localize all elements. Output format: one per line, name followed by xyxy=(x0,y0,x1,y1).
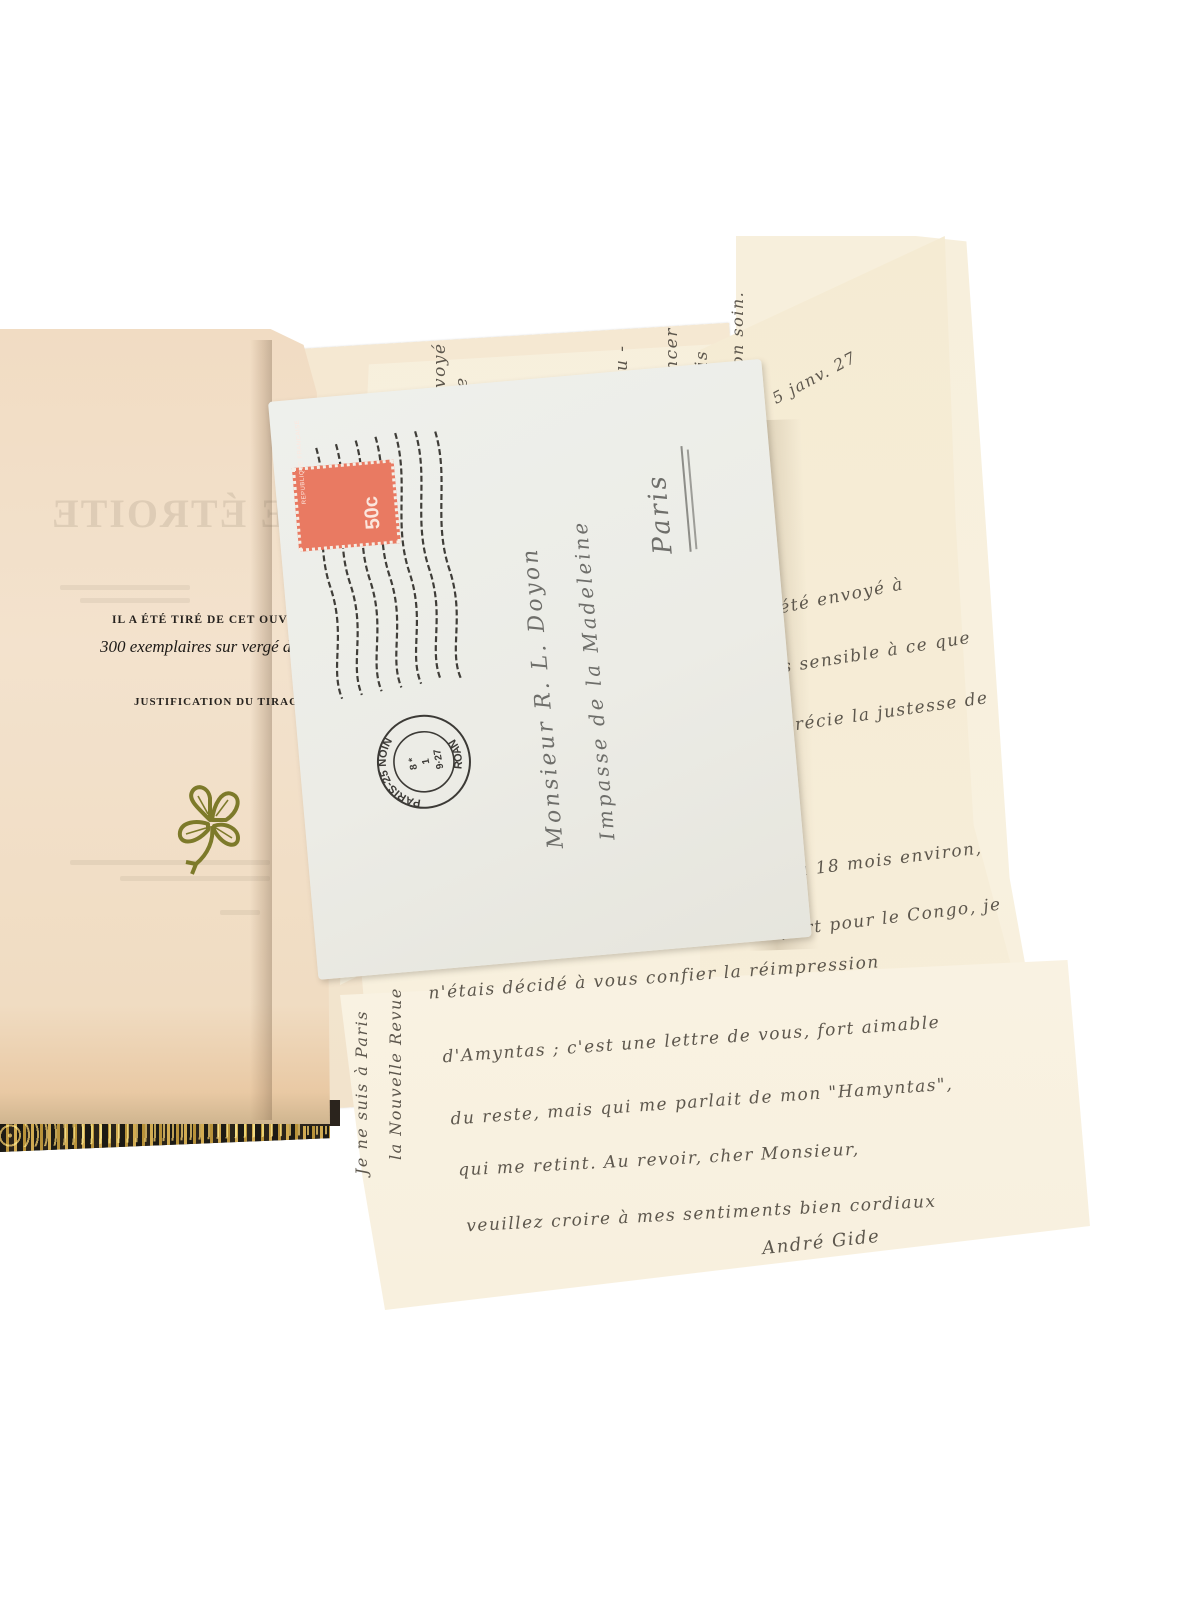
address-line-street: Impasse de la Madeleine xyxy=(568,519,620,841)
letter-margin-note: la Nouvelle Revue xyxy=(386,987,405,1160)
bleed-through-line xyxy=(60,585,190,590)
svg-text:ROAN: ROAN xyxy=(446,736,467,772)
envelope: REPUBLIQUE FRANCAISE 50c PARIS-25 NOIN R… xyxy=(268,359,812,980)
postmark-time: 8 * xyxy=(407,757,420,771)
svg-text:PARIS-25 NOIN: PARIS-25 NOIN xyxy=(372,731,423,814)
four-leaf-clover-icon xyxy=(168,780,254,876)
postmark-top-text: PARIS-25 NOIN xyxy=(372,731,423,814)
postmark-bottom-text: ROAN xyxy=(446,736,467,772)
paris-postmark: PARIS-25 NOIN ROAN 8 * 1 9·27 xyxy=(370,708,478,816)
postage-stamp: REPUBLIQUE FRANCAISE 50c xyxy=(292,459,401,552)
justification-label: JUSTIFICATION DU TIRAGE : xyxy=(134,696,315,708)
bleed-through-line xyxy=(220,910,260,915)
city-underline xyxy=(680,446,691,552)
postmark-date: 9·27 xyxy=(432,748,446,770)
bleed-through-line xyxy=(80,598,190,603)
page-gutter-shadow xyxy=(250,340,272,1120)
bleed-through-line xyxy=(120,876,270,881)
photo-scene: PORTE ÉTROITE IL A ÉTÉ TIRÉ DE CET OUVRA… xyxy=(0,0,1200,1600)
stamp-value: 50c xyxy=(359,495,385,530)
letter-margin-note: Je ne suis à Paris xyxy=(352,1010,371,1175)
letter-bottom-panel xyxy=(340,960,1090,1310)
postmark-day: 1 xyxy=(420,757,432,765)
address-line-recipient: Monsieur R. L. Doyon xyxy=(518,546,569,850)
address-line-city: Paris xyxy=(642,472,679,555)
